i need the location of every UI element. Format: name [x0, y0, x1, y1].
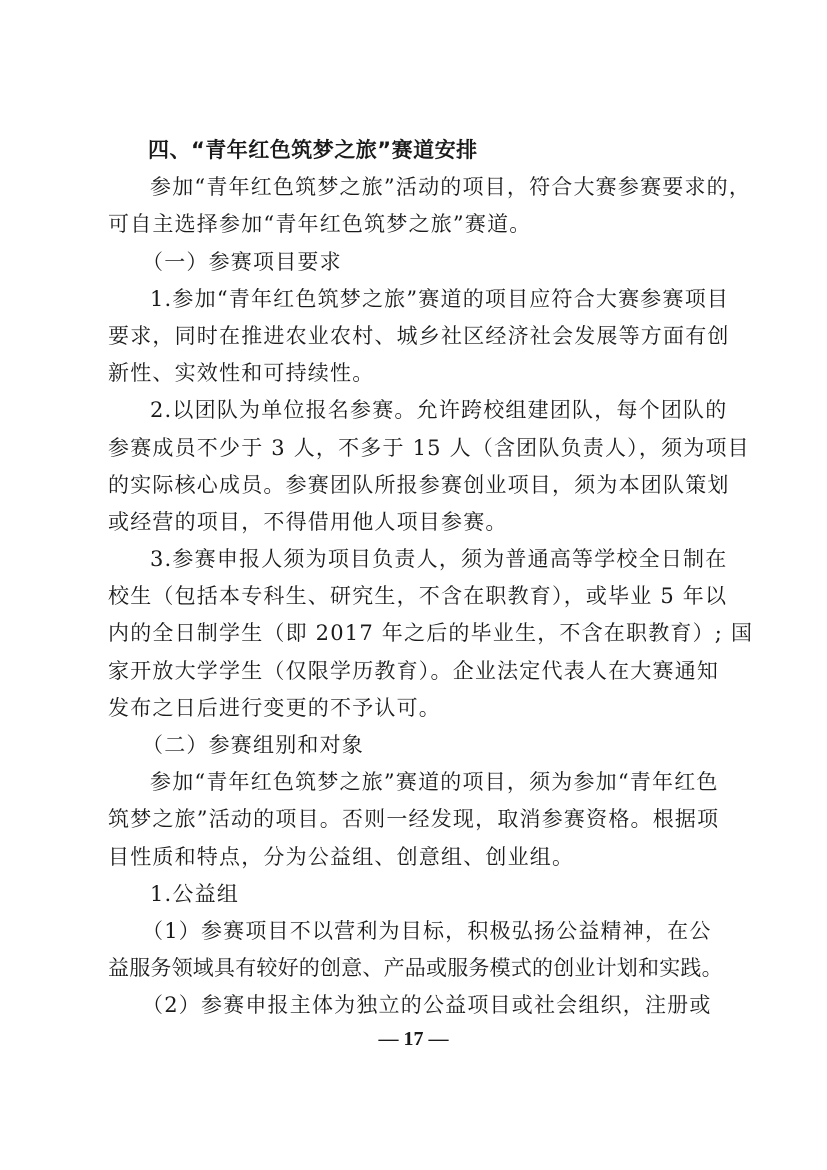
document-page: 四、“青年红色筑梦之旅”赛道安排 参加“青年红色筑梦之旅”活动的项目，符合大赛参… [108, 132, 724, 1025]
paragraph-line: （2）参赛申报主体为独立的公益项目或社会组织，注册或 [108, 987, 724, 1024]
paragraph-line: 1.参加“青年红色筑梦之旅”赛道的项目应符合大赛参赛项目 [108, 281, 724, 318]
paragraph-line: 内的全日制学生（即 2017 年之后的毕业生，不含在职教育）; 国 [108, 615, 724, 652]
paragraph-line: 校生（包括本专科生、研究生，不含在职教育），或毕业 5 年以 [108, 578, 724, 615]
paragraph-line: 或经营的项目，不得借用他人项目参赛。 [108, 504, 724, 541]
subsection-title: （二）参赛组别和对象 [108, 727, 724, 764]
paragraph-line: 参加“青年红色筑梦之旅”赛道的项目，须为参加“青年红色 [108, 764, 724, 801]
paragraph-line: 3.参赛申报人须为项目负责人，须为普通高等学校全日制在 [108, 541, 724, 578]
group-title: 1.公益组 [108, 876, 724, 913]
paragraph-line: 参加“青年红色筑梦之旅”活动的项目，符合大赛参赛要求的， [108, 169, 724, 206]
paragraph-line: 家开放大学学生（仅限学历教育）。企业法定代表人在大赛通知 [108, 653, 724, 690]
subsection-title: （一）参赛项目要求 [108, 244, 724, 281]
page-number: — 17 — [0, 1028, 827, 1051]
paragraph-line: 筑梦之旅”活动的项目。否则一经发现，取消参赛资格。根据项 [108, 801, 724, 838]
paragraph-line: 目性质和特点，分为公益组、创意组、创业组。 [108, 839, 724, 876]
paragraph-line: 的实际核心成员。参赛团队所报参赛创业项目，须为本团队策划 [108, 467, 724, 504]
paragraph-line: 参赛成员不少于 3 人，不多于 15 人（含团队负责人），须为项目 [108, 430, 724, 467]
paragraph-line: 发布之日后进行变更的不予认可。 [108, 690, 724, 727]
paragraph-line: 2.以团队为单位报名参赛。允许跨校组建团队，每个团队的 [108, 392, 724, 429]
paragraph-line: 可自主选择参加“青年红色筑梦之旅”赛道。 [108, 206, 724, 243]
paragraph-line: 新性、实效性和可持续性。 [108, 355, 724, 392]
paragraph-line: 要求，同时在推进农业农村、城乡社区经济社会发展等方面有创 [108, 318, 724, 355]
paragraph-line: 益服务领域具有较好的创意、产品或服务模式的创业计划和实践。 [108, 950, 724, 987]
paragraph-line: （1）参赛项目不以营利为目标，积极弘扬公益精神，在公 [108, 913, 724, 950]
section-heading: 四、“青年红色筑梦之旅”赛道安排 [108, 132, 724, 169]
